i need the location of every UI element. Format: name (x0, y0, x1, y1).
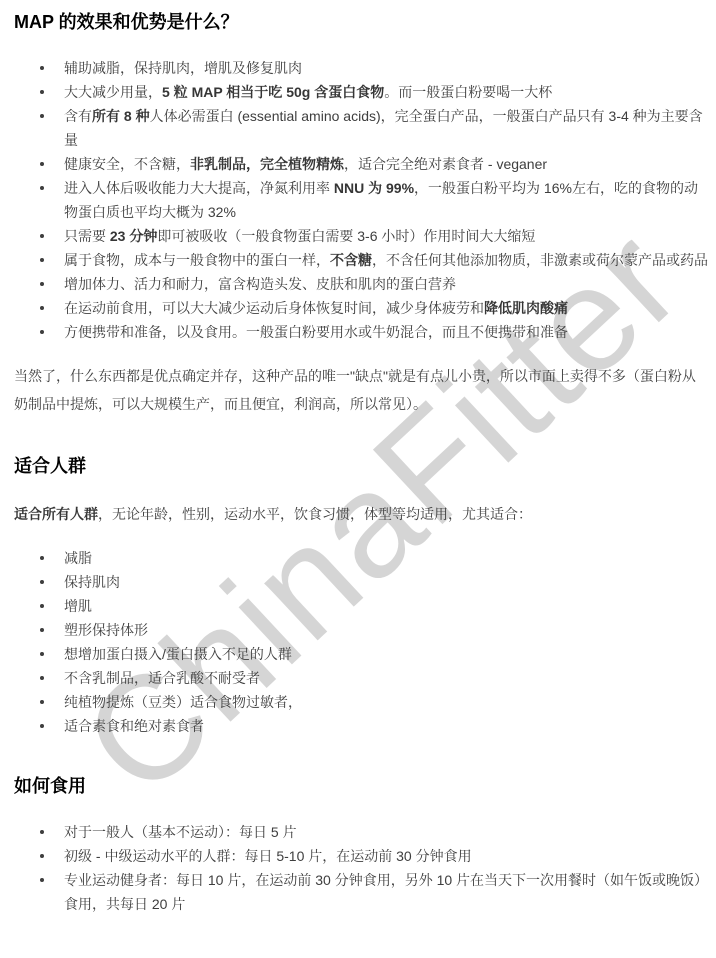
bullet-item: 增加体力、活力和耐力，富含构造头发、皮肤和肌肉的蛋白营养 (64, 272, 708, 296)
bullet-item: 进入人体后吸收能力大大提高，净氮利用率 NNU 为 99%，一般蛋白粉平均为 1… (64, 176, 708, 224)
text-segment: 只需要 (64, 228, 110, 244)
text-segment: 增肌 (64, 598, 92, 614)
bold-text: 不含糖 (330, 252, 372, 268)
text-segment: 初级 - 中级运动水平的人群：每日 5-10 片，在运动前 30 分钟食用 (64, 848, 472, 864)
document-page: ChinaFitter MAP 的效果和优势是什么？辅助减脂，保持肌肉，增肌及修… (0, 0, 716, 958)
bold-text: 降低肌肉酸痛 (484, 300, 568, 316)
section-heading: MAP 的效果和优势是什么？ (14, 10, 708, 34)
bold-text: 5 粒 MAP 相当于吃 50g 含蛋白食物 (162, 84, 384, 100)
bullet-item: 塑形保持体形 (64, 618, 708, 642)
paragraph: 当然了，什么东西都是优点确定并存，这种产品的唯一"缺点"就是有点儿小贵，所以市面… (14, 362, 708, 418)
text-segment: 人体必需蛋白 (essential amino acids)，完全蛋白产品，一般… (64, 108, 703, 148)
bullet-item: 方便携带和准备，以及食用。一般蛋白粉要用水或牛奶混合，而且不便携带和准备 (64, 320, 708, 344)
bold-text: 适合所有人群 (14, 506, 98, 522)
document-section: 适合人群适合所有人群，无论年龄，性别，运动水平，饮食习惯，体型等均适用，尤其适合… (14, 454, 708, 738)
text-segment: 专业运动健身者：每日 10 片，在运动前 30 分钟食用，另外 10 片在当天下… (64, 872, 701, 912)
text-segment: 大大减少用量， (64, 84, 162, 100)
bold-text: 非乳制品，完全植物精炼 (190, 156, 344, 172)
text-segment: 不含乳制品，适合乳酸不耐受者 (64, 670, 260, 686)
bullet-item: 在运动前食用，可以大大减少运动后身体恢复时间，减少身体疲劳和降低肌肉酸痛 (64, 296, 708, 320)
bullet-item: 专业运动健身者：每日 10 片，在运动前 30 分钟食用，另外 10 片在当天下… (64, 868, 708, 916)
text-segment: 保持肌肉 (64, 574, 120, 590)
text-segment: 增加体力、活力和耐力，富含构造头发、皮肤和肌肉的蛋白营养 (64, 276, 456, 292)
bullet-list: 减脂保持肌肉增肌塑形保持体形想增加蛋白摄入/蛋白摄入不足的人群不含乳制品，适合乳… (14, 546, 708, 738)
bullet-list: 辅助减脂，保持肌肉，增肌及修复肌肉大大减少用量，5 粒 MAP 相当于吃 50g… (14, 56, 708, 344)
bullet-list: 对于一般人（基本不运动）：每日 5 片初级 - 中级运动水平的人群：每日 5-1… (14, 820, 708, 916)
text-segment: 塑形保持体形 (64, 622, 148, 638)
text-segment: 。而一般蛋白粉要喝一大杯 (384, 84, 552, 100)
text-segment: 即可被吸收（一般食物蛋白需要 3-6 小时）作用时间大大缩短 (157, 228, 535, 244)
bullet-item: 初级 - 中级运动水平的人群：每日 5-10 片，在运动前 30 分钟食用 (64, 844, 708, 868)
text-segment: 属于食物，成本与一般食物中的蛋白一样， (64, 252, 330, 268)
bullet-item: 增肌 (64, 594, 708, 618)
bullet-item: 减脂 (64, 546, 708, 570)
text-segment: 方便携带和准备，以及食用。一般蛋白粉要用水或牛奶混合，而且不便携带和准备 (64, 324, 568, 340)
bullet-item: 纯植物提炼（豆类）适合食物过敏者， (64, 690, 708, 714)
text-segment: ，无论年龄，性别，运动水平，饮食习惯，体型等均适用，尤其适合： (98, 506, 532, 522)
bullet-item: 含有所有 8 种人体必需蛋白 (essential amino acids)，完… (64, 104, 708, 152)
text-segment: 减脂 (64, 550, 92, 566)
bullet-item: 对于一般人（基本不运动）：每日 5 片 (64, 820, 708, 844)
section-heading: 如何食用 (14, 774, 708, 798)
text-segment: 辅助减脂，保持肌肉，增肌及修复肌肉 (64, 60, 302, 76)
bullet-item: 辅助减脂，保持肌肉，增肌及修复肌肉 (64, 56, 708, 80)
bullet-item: 健康安全，不含糖，非乳制品，完全植物精炼，适合完全绝对素食者 - veganer (64, 152, 708, 176)
document-section: 如何食用对于一般人（基本不运动）：每日 5 片初级 - 中级运动水平的人群：每日… (14, 774, 708, 916)
text-segment: 含有 (64, 108, 92, 124)
text-segment: 进入人体后吸收能力大大提高，净氮利用率 (64, 180, 334, 196)
bold-text: NNU 为 99% (334, 180, 414, 196)
document-section: MAP 的效果和优势是什么？辅助减脂，保持肌肉，增肌及修复肌肉大大减少用量，5 … (14, 10, 708, 418)
text-segment: ，不含任何其他添加物质，非激素或荷尔蒙产品或药品 (372, 252, 708, 268)
text-segment: 想增加蛋白摄入/蛋白摄入不足的人群 (64, 646, 292, 662)
text-segment: 适合素食和绝对素食者 (64, 718, 204, 734)
text-segment: 在运动前食用，可以大大减少运动后身体恢复时间，减少身体疲劳和 (64, 300, 484, 316)
section-heading: 适合人群 (14, 454, 708, 478)
bullet-item: 只需要 23 分钟即可被吸收（一般食物蛋白需要 3-6 小时）作用时间大大缩短 (64, 224, 708, 248)
paragraph: 适合所有人群，无论年龄，性别，运动水平，饮食习惯，体型等均适用，尤其适合： (14, 500, 708, 528)
bullet-item: 保持肌肉 (64, 570, 708, 594)
bold-text: 所有 8 种 (92, 108, 150, 124)
bullet-item: 适合素食和绝对素食者 (64, 714, 708, 738)
text-segment: 对于一般人（基本不运动）：每日 5 片 (64, 824, 297, 840)
text-segment: 当然了，什么东西都是优点确定并存，这种产品的唯一"缺点"就是有点儿小贵，所以市面… (14, 368, 696, 412)
text-segment: ，适合完全绝对素食者 - veganer (344, 156, 547, 172)
bullet-item: 大大减少用量，5 粒 MAP 相当于吃 50g 含蛋白食物。而一般蛋白粉要喝一大… (64, 80, 708, 104)
text-segment: 健康安全，不含糖， (64, 156, 190, 172)
bullet-item: 想增加蛋白摄入/蛋白摄入不足的人群 (64, 642, 708, 666)
bullet-item: 不含乳制品，适合乳酸不耐受者 (64, 666, 708, 690)
bold-text: 23 分钟 (110, 228, 157, 244)
article-content: MAP 的效果和优势是什么？辅助减脂，保持肌肉，增肌及修复肌肉大大减少用量，5 … (0, 0, 716, 916)
text-segment: 纯植物提炼（豆类）适合食物过敏者， (64, 694, 302, 710)
bullet-item: 属于食物，成本与一般食物中的蛋白一样，不含糖，不含任何其他添加物质，非激素或荷尔… (64, 248, 708, 272)
